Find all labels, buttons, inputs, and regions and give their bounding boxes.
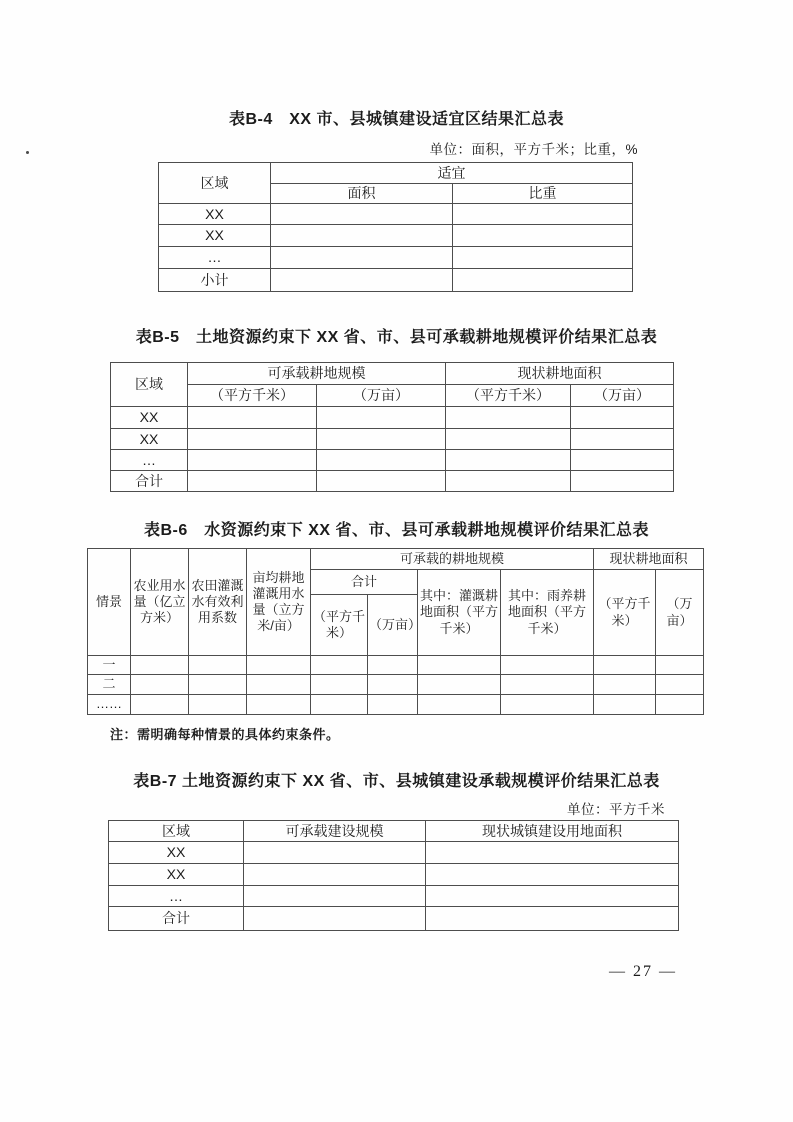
b6-empty-cell (368, 656, 418, 675)
b5-empty-cell (446, 450, 571, 471)
b4-empty-cell (271, 247, 453, 269)
b7-empty-cell (426, 907, 679, 931)
b5-row-label: 合计 (111, 471, 188, 492)
b5-header-capacity-sqkm: （平方千米） (188, 385, 317, 407)
document-page: 表B-4 XX 市、县城镇建设适宜区结果汇总表 单位：面积，平方千米；比重，% … (0, 0, 793, 1122)
b7-empty-cell (426, 842, 679, 864)
b7-header-region: 区域 (109, 821, 244, 842)
b5-empty-cell (188, 429, 317, 450)
b6-row-label: 二 (88, 675, 131, 695)
b6-empty-cell (656, 675, 704, 695)
table-b5: 区域 可承载耕地规模 现状耕地面积 （平方千米） （万亩） （平方千米） （万亩… (110, 362, 674, 492)
b6-empty-cell (501, 675, 594, 695)
b6-header-current-wanmu: （万亩） (656, 570, 704, 656)
table-b4-unit: 单位：面积，平方千米；比重，% (158, 138, 638, 158)
b7-empty-cell (244, 886, 426, 907)
b6-row-label: …… (88, 695, 131, 715)
b4-empty-cell (271, 225, 453, 247)
table-b5-title: 表B-5 土地资源约束下 XX 省、市、县可承载耕地规模评价结果汇总表 (0, 324, 793, 347)
b5-empty-cell (571, 407, 674, 429)
table-b7: 区域 可承载建设规模 现状城镇建设用地面积 XX XX … 合计 (108, 820, 679, 931)
b5-empty-cell (188, 450, 317, 471)
b5-header-current-group: 现状耕地面积 (446, 363, 674, 385)
b6-empty-cell (189, 656, 247, 675)
b7-row-label: XX (109, 842, 244, 864)
b6-empty-cell (368, 675, 418, 695)
b5-header-region: 区域 (111, 363, 188, 407)
b6-header-agri-water: 农业用水量（亿立方米） (131, 549, 189, 656)
table-b6-title: 表B-6 水资源约束下 XX 省、市、县可承载耕地规模评价结果汇总表 (0, 517, 793, 540)
b6-header-total: 合计 (311, 570, 418, 595)
b5-empty-cell (571, 471, 674, 492)
b6-empty-cell (501, 695, 594, 715)
b5-empty-cell (317, 450, 446, 471)
b5-empty-cell (446, 471, 571, 492)
b6-empty-cell (594, 656, 656, 675)
b6-empty-cell (189, 695, 247, 715)
b6-empty-cell (247, 675, 311, 695)
b5-header-current-sqkm: （平方千米） (446, 385, 571, 407)
b6-empty-cell (131, 695, 189, 715)
b7-row-label: XX (109, 864, 244, 886)
b4-header-region: 区域 (159, 163, 271, 204)
b5-empty-cell (317, 429, 446, 450)
b6-header-irrigation-coeff: 农田灌溉水有效利用系数 (189, 549, 247, 656)
b6-header-total-wanmu: （万亩） (368, 595, 418, 656)
b7-row-label: 合计 (109, 907, 244, 931)
b5-header-capacity-wanmu: （万亩） (317, 385, 446, 407)
b6-empty-cell (311, 656, 368, 675)
b7-header-capacity: 可承载建设规模 (244, 821, 426, 842)
b7-empty-cell (244, 907, 426, 931)
b6-header-total-sqkm: （平方千米） (311, 595, 368, 656)
b6-empty-cell (501, 656, 594, 675)
b4-row-label: XX (159, 225, 271, 247)
b7-header-current: 现状城镇建设用地面积 (426, 821, 679, 842)
b5-empty-cell (571, 450, 674, 471)
b6-empty-cell (656, 695, 704, 715)
b7-empty-cell (244, 842, 426, 864)
b5-header-capacity-group: 可承载耕地规模 (188, 363, 446, 385)
b4-header-area: 面积 (271, 184, 453, 204)
b6-empty-cell (247, 656, 311, 675)
b7-empty-cell (244, 864, 426, 886)
b6-empty-cell (368, 695, 418, 715)
b7-empty-cell (426, 864, 679, 886)
b4-empty-cell (453, 225, 633, 247)
b6-header-rainfed: 其中：雨养耕地面积（平方千米） (501, 570, 594, 656)
b6-row-label: 一 (88, 656, 131, 675)
b4-row-label: … (159, 247, 271, 269)
b5-empty-cell (446, 407, 571, 429)
b5-row-label: XX (111, 429, 188, 450)
table-b6-note: 注：需明确每种情景的具体约束条件。 (110, 724, 340, 743)
b4-empty-cell (271, 269, 453, 292)
b5-empty-cell (317, 471, 446, 492)
b4-row-label: XX (159, 204, 271, 225)
b4-empty-cell (453, 269, 633, 292)
b4-row-label: 小计 (159, 269, 271, 292)
b7-empty-cell (426, 886, 679, 907)
b6-empty-cell (311, 675, 368, 695)
b4-empty-cell (453, 204, 633, 225)
b4-header-ratio: 比重 (453, 184, 633, 204)
table-b4: 区域 适宜 面积 比重 XX XX … (158, 162, 633, 292)
table-b6: 情景 农业用水量（亿立方米） 农田灌溉水有效利用系数 亩均耕地灌溉用水量（立方米… (87, 548, 704, 715)
b6-empty-cell (656, 656, 704, 675)
b6-empty-cell (594, 675, 656, 695)
b6-empty-cell (189, 675, 247, 695)
b4-empty-cell (453, 247, 633, 269)
b6-empty-cell (418, 675, 501, 695)
table-b7-title: 表B-7 土地资源约束下 XX 省、市、县城镇建设承载规模评价结果汇总表 (0, 768, 793, 791)
b6-header-current-sqkm: （平方千米） (594, 570, 656, 656)
b4-empty-cell (271, 204, 453, 225)
table-b4-title: 表B-4 XX 市、县城镇建设适宜区结果汇总表 (0, 106, 793, 129)
b5-empty-cell (188, 407, 317, 429)
b6-header-capacity-group: 可承载的耕地规模 (311, 549, 594, 570)
b4-header-group: 适宜 (271, 163, 633, 184)
b7-row-label: … (109, 886, 244, 907)
b6-empty-cell (418, 695, 501, 715)
b6-empty-cell (311, 695, 368, 715)
b6-empty-cell (418, 656, 501, 675)
b6-empty-cell (594, 695, 656, 715)
b6-empty-cell (131, 675, 189, 695)
b5-header-current-wanmu: （万亩） (571, 385, 674, 407)
b5-empty-cell (446, 429, 571, 450)
b6-empty-cell (247, 695, 311, 715)
b5-empty-cell (317, 407, 446, 429)
b6-header-irrigated: 其中：灌溉耕地面积（平方千米） (418, 570, 501, 656)
page-number: — 27 — (588, 963, 698, 981)
b5-row-label: … (111, 450, 188, 471)
b5-empty-cell (188, 471, 317, 492)
b5-empty-cell (571, 429, 674, 450)
b6-header-per-mu-water: 亩均耕地灌溉用水量（立方米/亩） (247, 549, 311, 656)
b6-header-scenario: 情景 (88, 549, 131, 656)
table-b7-unit: 单位：平方千米 (108, 798, 665, 818)
b6-empty-cell (131, 656, 189, 675)
b6-header-current-group: 现状耕地面积 (594, 549, 704, 570)
scan-speck (26, 151, 29, 154)
b5-row-label: XX (111, 407, 188, 429)
